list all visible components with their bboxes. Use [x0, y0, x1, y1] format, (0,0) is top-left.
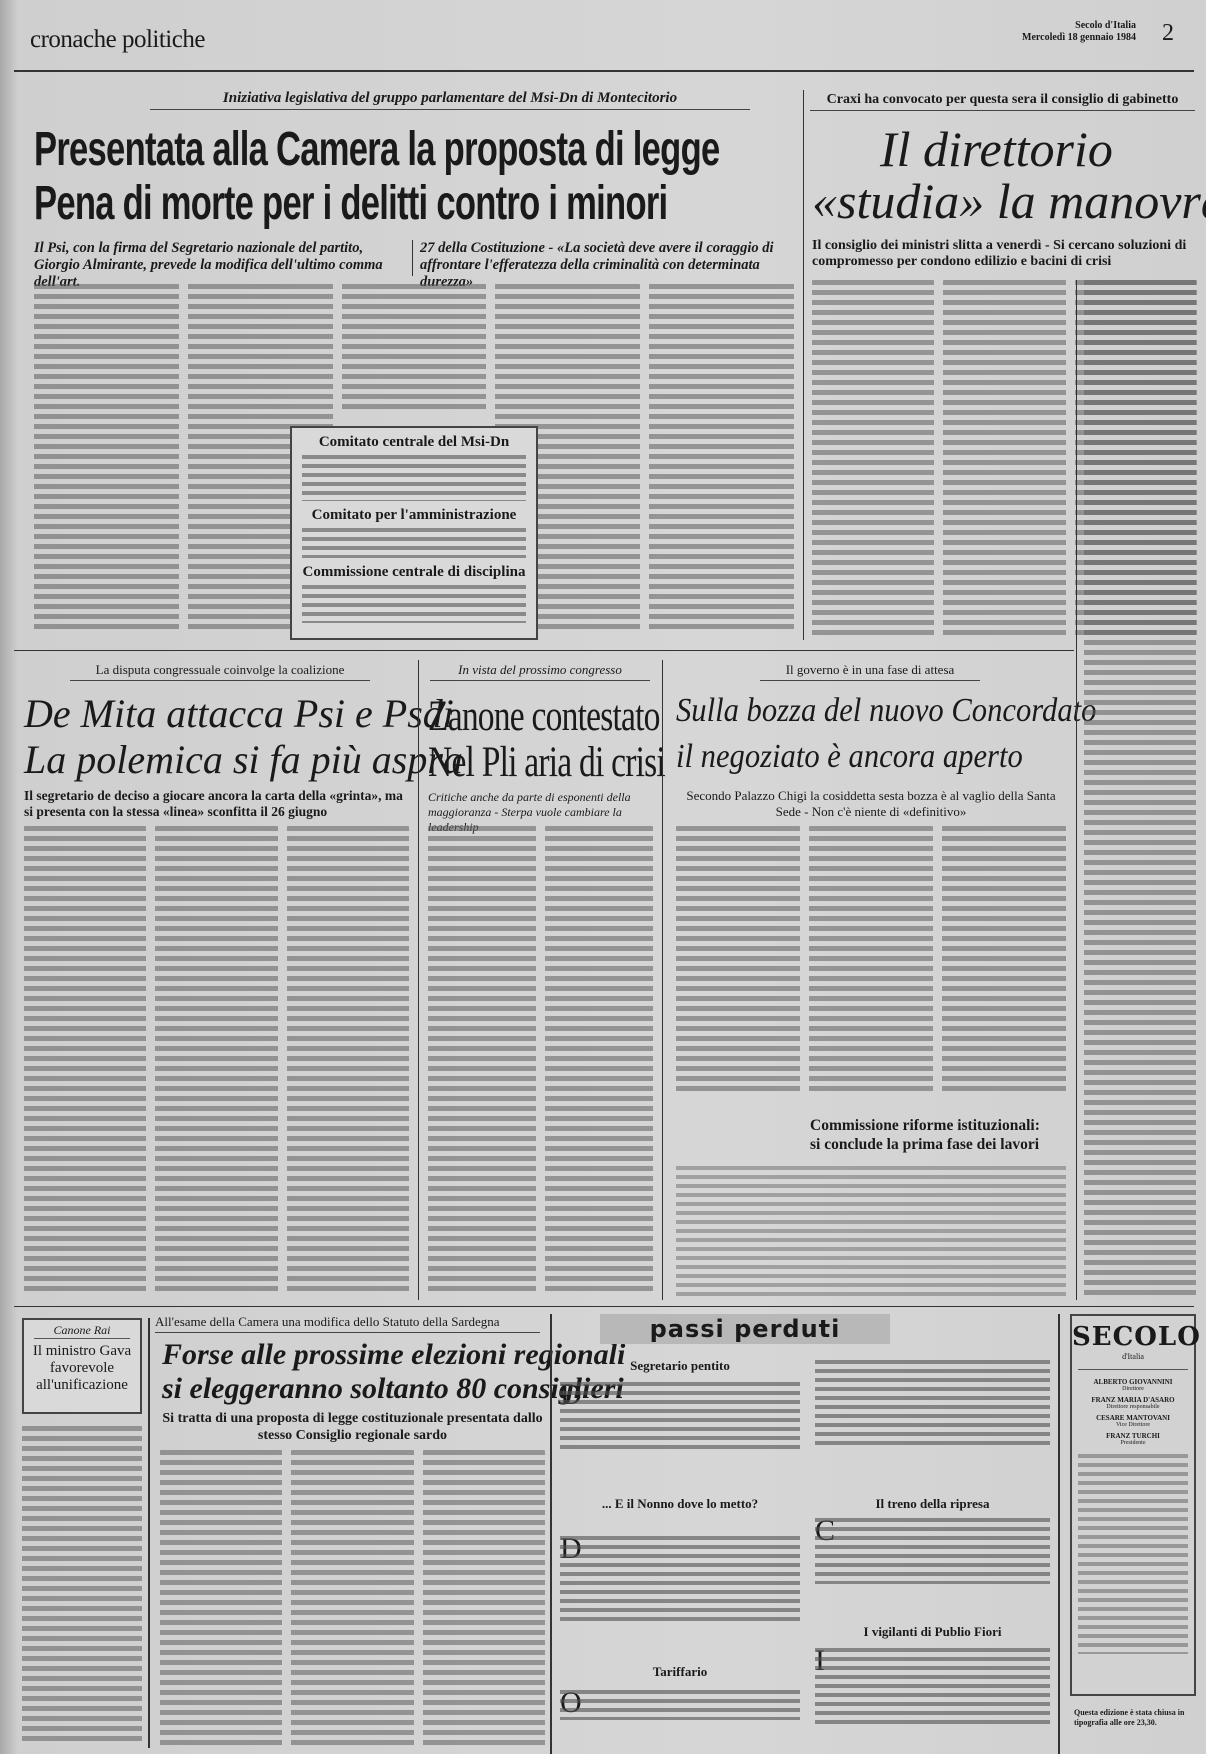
text-column: [649, 284, 794, 634]
article-body-sardegna: [160, 1450, 545, 1746]
section-rule: [14, 1306, 1194, 1307]
staff-name: FRANZ MARIA D'ASARO: [1072, 1396, 1194, 1404]
notice-title: Commissione centrale di disciplina: [292, 564, 536, 581]
text-column: [809, 826, 933, 1096]
kicker-direttorio: Craxi ha convocato per questa sera il co…: [810, 92, 1195, 111]
text-column: [342, 284, 487, 414]
headline-riforme: Commissione riforme istituzionali: si co…: [810, 1116, 1070, 1154]
item-text: [560, 1382, 800, 1452]
text-column: [676, 826, 800, 1096]
article-body-zanone: [428, 826, 653, 1296]
item-title: Tariffario: [580, 1664, 780, 1680]
page-number: 2: [1162, 20, 1174, 47]
text-column: [291, 1450, 413, 1746]
text-column: [428, 826, 536, 1296]
kicker-de-mita: La disputa congressuale coinvolge la coa…: [70, 662, 370, 681]
headline-de-mita-2: La polemica si fa più aspra: [24, 736, 463, 783]
text-column: [287, 826, 409, 1296]
headline-pena-morte-1: Presentata alla Camera la proposta di le…: [34, 122, 719, 177]
text-column: [34, 284, 179, 634]
summary-de-mita: Il segretario de deciso a giocare ancora…: [24, 788, 409, 820]
masthead-box: SECOLO d'Italia ALBERTO GIOVANNINI Diret…: [1070, 1314, 1196, 1696]
staff-name: ALBERTO GIOVANNINI: [1072, 1378, 1194, 1386]
issue-date: Mercoledì 18 gennaio 1984: [1022, 32, 1136, 44]
staff-name: FRANZ TURCHI: [1072, 1432, 1194, 1440]
kicker-pena-morte: Iniziativa legislativa del gruppo parlam…: [150, 90, 750, 110]
text-column: [812, 280, 934, 640]
item-text: [815, 1648, 1050, 1724]
summary-direttorio: Il consiglio dei ministri slitta a vener…: [812, 238, 1197, 270]
passi-perduti-title: passi perduti: [600, 1314, 890, 1344]
text-column: [423, 1450, 545, 1746]
article-body-riforme: [676, 1166, 1066, 1296]
canone-rai-box: Canone Rai Il ministro Gava favorevole a…: [22, 1318, 142, 1414]
item-title: Segretario pentito: [560, 1358, 800, 1374]
header-rule: [14, 70, 1194, 72]
canone-rai-headline: Il ministro Gava favorevole all'unificaz…: [24, 1343, 140, 1394]
column-divider: [1076, 280, 1077, 1300]
item-body: I: [815, 1648, 1050, 1724]
text-column: [545, 826, 653, 1296]
masthead-name: SECOLO: [1072, 1322, 1194, 1352]
item-text: [815, 1518, 1050, 1584]
text-column: [942, 826, 1066, 1096]
staff-role: Presidente: [1072, 1440, 1194, 1446]
headline-zanone-2: Nel Pli aria di crisi: [428, 738, 665, 787]
item-body: C: [815, 1518, 1050, 1584]
edition-closing-note: Questa edizione è stata chiusa in tipogr…: [1074, 1708, 1194, 1728]
item-body-continued: [815, 1360, 1050, 1450]
paper-name: Secolo d'Italia: [1022, 20, 1136, 32]
staff-name: CESARE MANTOVANI: [1072, 1414, 1194, 1422]
text-column: [943, 280, 1065, 640]
kicker-sardegna: All'esame della Camera una modifica dell…: [155, 1314, 540, 1333]
item-title: Il treno della ripresa: [815, 1496, 1050, 1512]
headline-de-mita-1: De Mita attacca Psi e Psdi: [24, 690, 454, 737]
summary-sardegna: Si tratta di una proposta di legge costi…: [160, 1410, 545, 1444]
summary-concordato: Secondo Palazzo Chigi la cosiddetta sest…: [676, 788, 1066, 820]
item-text: [560, 1690, 800, 1720]
notice-body: [302, 585, 526, 623]
masthead-subtitle: d'Italia: [1078, 1352, 1188, 1370]
kicker-concordato: Il governo è in una fase di attesa: [760, 662, 980, 681]
article-body-de-mita: [24, 826, 409, 1296]
item-body: D: [560, 1536, 800, 1626]
headline-pena-morte-2: Pena di morte per i delitti contro i min…: [34, 176, 667, 231]
section-title: cronache politiche: [30, 26, 205, 54]
text-column: [155, 826, 277, 1296]
headline-zanone-1: Zanone contestato: [428, 692, 660, 741]
article-continuation-column: [1084, 280, 1196, 1300]
staff-list: ALBERTO GIOVANNINI Direttore FRANZ MARIA…: [1072, 1378, 1194, 1446]
headline-riforme-2: si conclude la prima fase dei lavori: [810, 1135, 1070, 1154]
notice-title: Comitato per l'amministrazione: [292, 507, 536, 524]
headline-concordato-1: Sulla bozza del nuovo Concordato: [676, 692, 1096, 730]
headline-riforme-1: Commissione riforme istituzionali:: [810, 1116, 1070, 1135]
kicker-zanone: In vista del prossimo congresso: [430, 662, 650, 681]
publisher-info: [1078, 1454, 1188, 1654]
staff-role: Vice Direttore: [1072, 1422, 1194, 1428]
item-body: D: [560, 1382, 800, 1452]
column-divider: [418, 660, 419, 1300]
item-body: O: [560, 1690, 800, 1720]
item-title: ... E il Nonno dove lo metto?: [580, 1496, 780, 1512]
section-rule: [14, 650, 1074, 651]
summary-divider: [412, 240, 413, 276]
item-text: [560, 1536, 800, 1626]
notice-body: [302, 455, 526, 501]
column-divider: [662, 660, 663, 1300]
notices-box: Comitato centrale del Msi-Dn Comitato pe…: [290, 426, 538, 640]
notice-body: [302, 528, 526, 558]
headline-direttorio-2: «studia» la manovra: [812, 172, 1206, 230]
item-title: I vigilanti di Publio Fiori: [815, 1624, 1050, 1640]
paper-dateline: Secolo d'Italia Mercoledì 18 gennaio 198…: [1022, 20, 1136, 44]
headline-concordato-2: il negoziato è ancora aperto: [676, 738, 1023, 776]
staff-role: Direttore responsabile: [1072, 1404, 1194, 1410]
text-column: [160, 1450, 282, 1746]
column-divider: [803, 90, 804, 640]
article-body-concordato: [676, 826, 1066, 1096]
canone-rai-label: Canone Rai: [34, 1323, 130, 1339]
column-divider: [148, 1318, 150, 1748]
newspaper-page: cronache politiche Secolo d'Italia Merco…: [0, 0, 1206, 1754]
article-body-canone-rai: [22, 1426, 142, 1746]
staff-role: Direttore: [1072, 1386, 1194, 1392]
text-column: [24, 826, 146, 1296]
headline-direttorio-1: Il direttorio: [880, 120, 1113, 178]
notice-title: Comitato centrale del Msi-Dn: [292, 434, 536, 451]
